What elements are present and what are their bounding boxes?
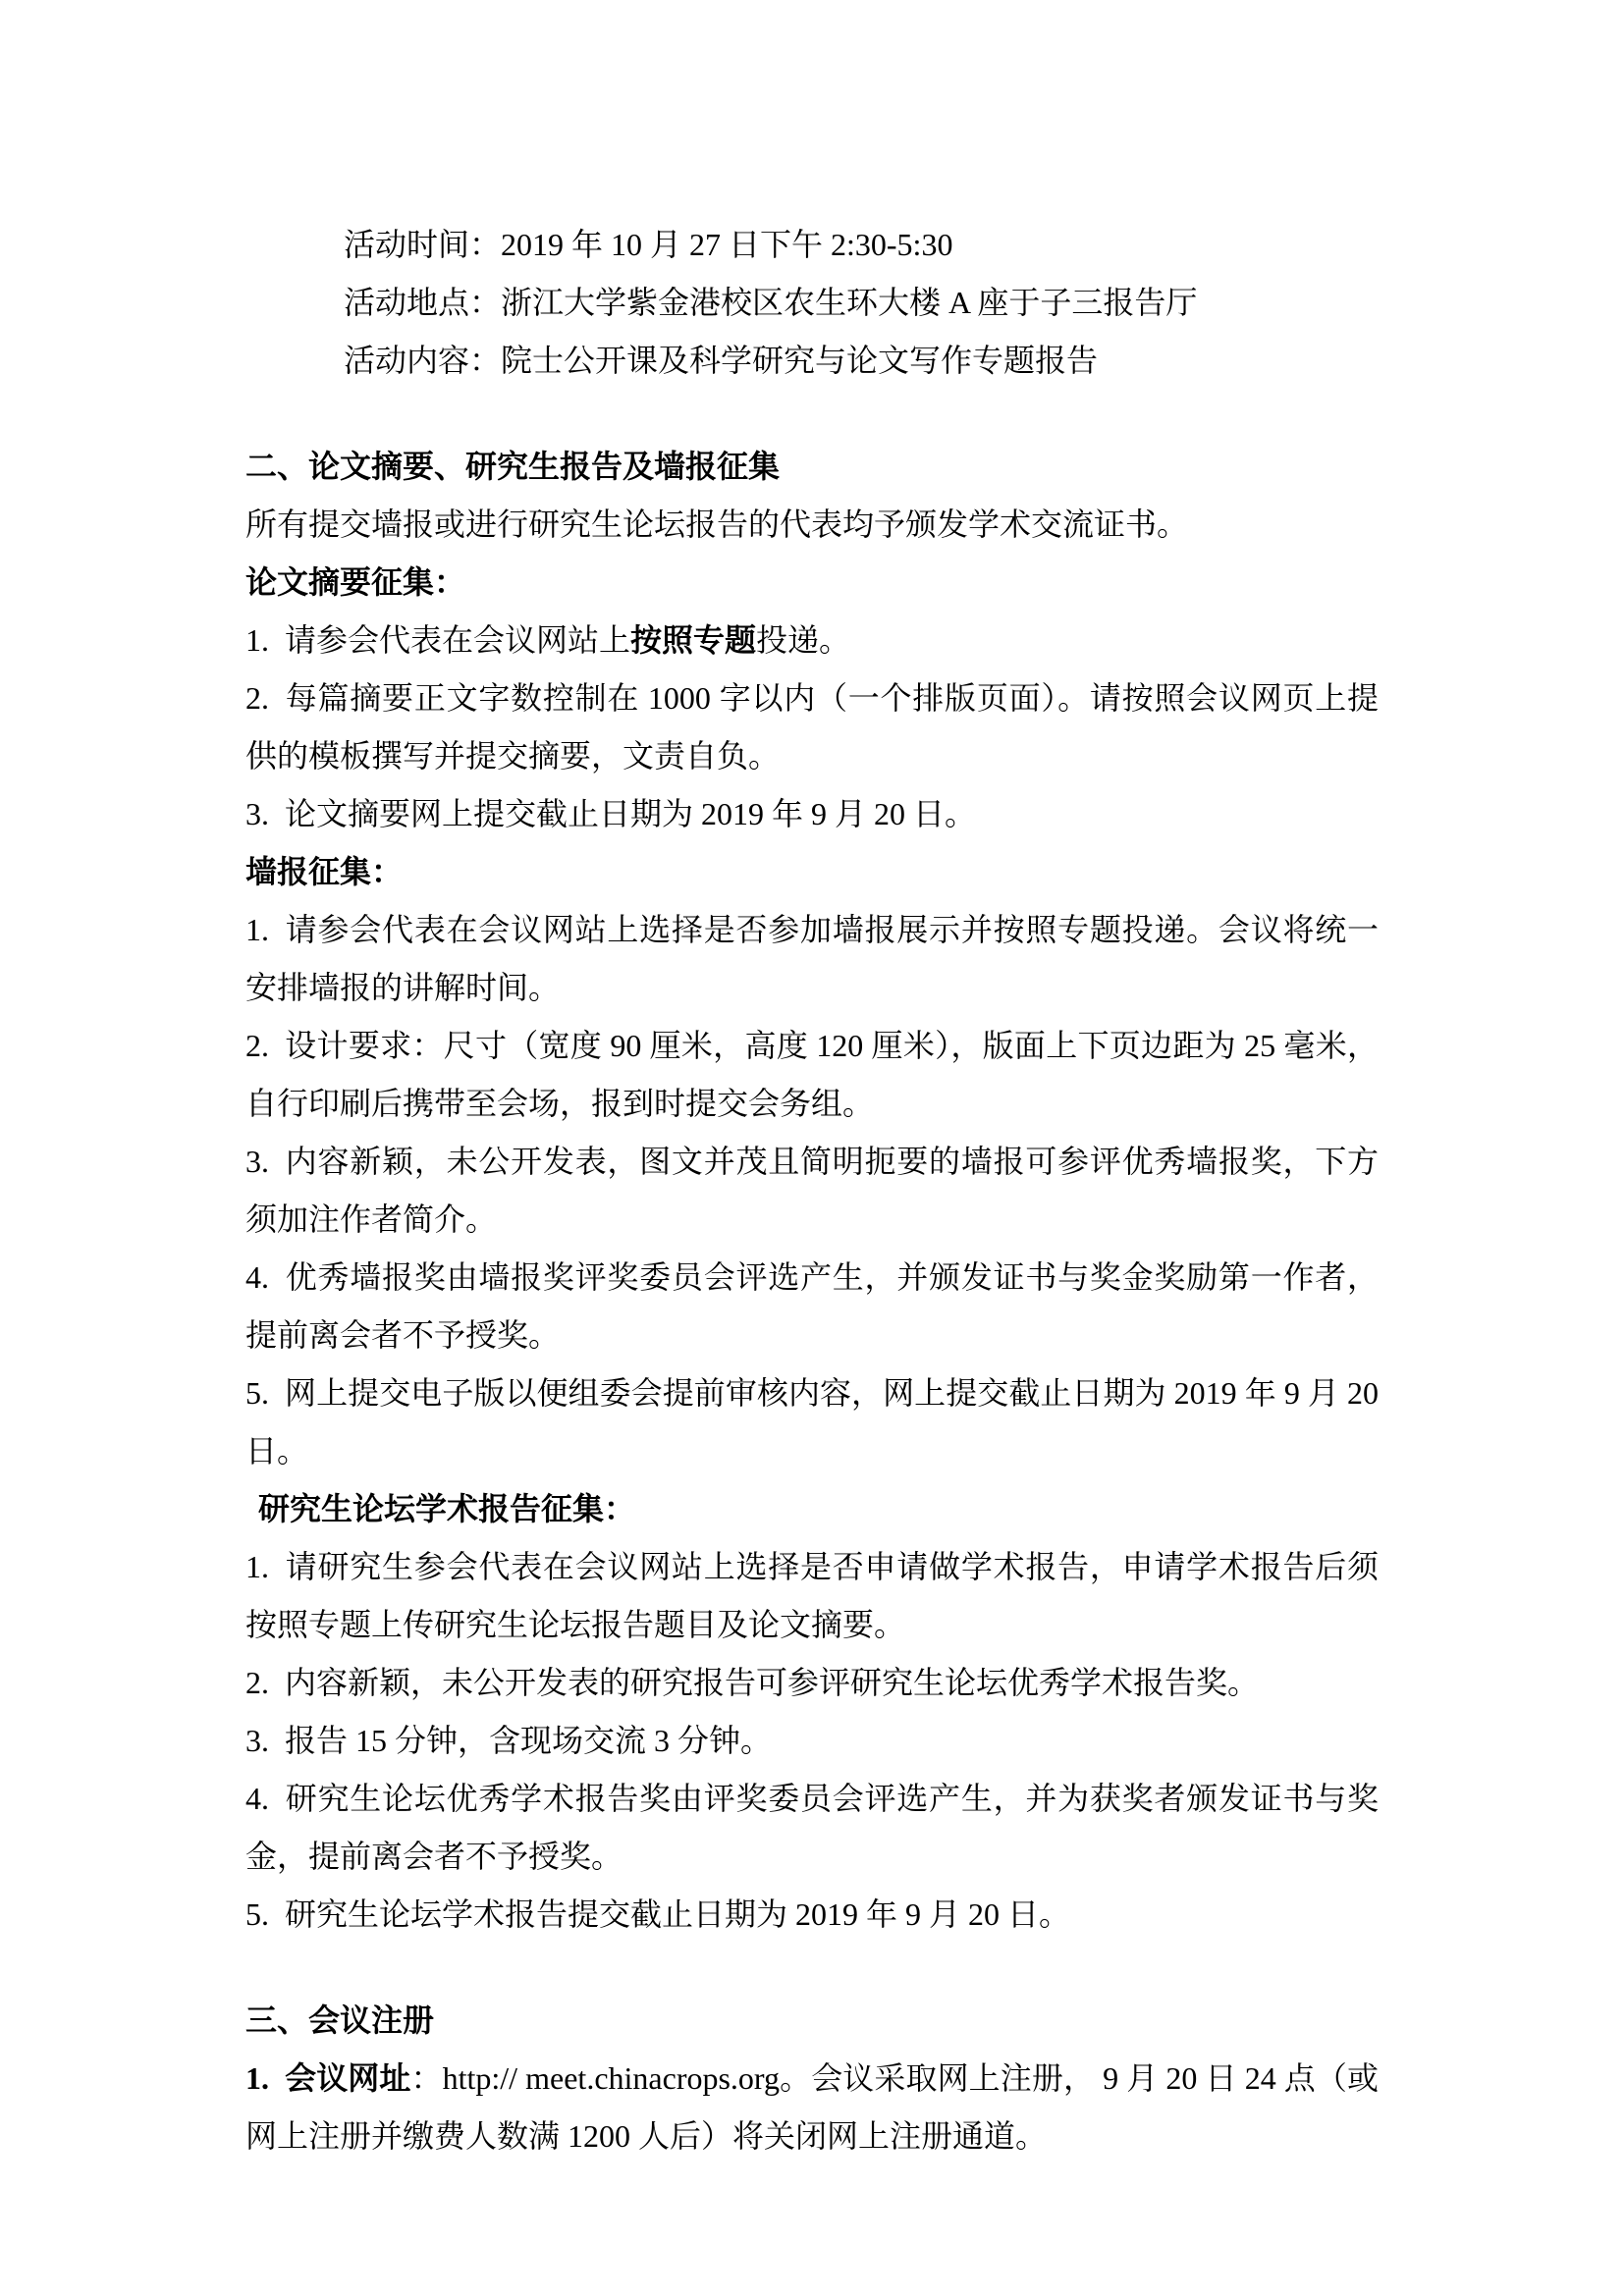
forum-item-5-number: 5. xyxy=(245,1896,269,1932)
poster-item-4-number: 4. xyxy=(245,1259,269,1295)
poster-item-4-text: 优秀墙报奖由墙报奖评奖委员会评选产生，并颁发证书与奖金奖励第一作者，提前离会者不… xyxy=(245,1259,1379,1353)
poster-item-2-text: 设计要求：尺寸（宽度 90 厘米，高度 120 厘米），版面上下页边距为 25 … xyxy=(245,1028,1379,1121)
section2-heading: 二、论文摘要、研究生报告及墙报征集 xyxy=(245,438,1379,496)
poster-item-5: 5.网上提交电子版以便组委会提前审核内容，网上提交截止日期为 2019 年 9 … xyxy=(245,1364,1379,1480)
event-place-line: 活动地点：浙江大学紫金港校区农生环大楼 A 座于子三报告厅 xyxy=(344,274,1379,332)
forum-item-4: 4.研究生论坛优秀学术报告奖由评奖委员会评选产生，并为获奖者颁发证书与奖金，提前… xyxy=(245,1770,1379,1886)
abstract-item-2: 2.每篇摘要正文字数控制在 1000 字以内（一个排版页面）。请按照会议网页上提… xyxy=(245,669,1379,785)
forum-item-1: 1.请研究生参会代表在会议网站上选择是否申请做学术报告，申请学术报告后须按照专题… xyxy=(245,1538,1379,1654)
forum-item-1-text: 请研究生参会代表在会议网站上选择是否申请做学术报告，申请学术报告后须按照专题上传… xyxy=(245,1549,1379,1642)
registration-item-1-text: ：http:// meet.chinacrops.org。会议采取网上注册， 9… xyxy=(245,2060,1379,2154)
registration-item-1: 1.会议网址：http:// meet.chinacrops.org。会议采取网… xyxy=(245,2050,1379,2165)
section2-lead: 所有提交墙报或进行研究生论坛报告的代表均予颁发学术交流证书。 xyxy=(245,496,1379,554)
forum-item-3-number: 3. xyxy=(245,1723,269,1758)
poster-item-5-text: 网上提交电子版以便组委会提前审核内容，网上提交截止日期为 2019 年 9 月 … xyxy=(245,1375,1379,1468)
event-content-line: 活动内容：院士公开课及科学研究与论文写作专题报告 xyxy=(344,332,1379,390)
abstract-item-1-text-post: 投递。 xyxy=(756,622,850,658)
poster-item-3-text: 内容新颖，未公开发表，图文并茂且简明扼要的墙报可参评优秀墙报奖，下方须加注作者简… xyxy=(245,1144,1379,1237)
registration-item-1-number: 1. xyxy=(245,2060,269,2096)
forum-item-5-text: 研究生论坛学术报告提交截止日期为 2019 年 9 月 20 日。 xyxy=(285,1896,1070,1932)
forum-item-4-text: 研究生论坛优秀学术报告奖由评奖委员会评选产生，并为获奖者颁发证书与奖金，提前离会… xyxy=(245,1781,1379,1874)
poster-item-2: 2.设计要求：尺寸（宽度 90 厘米，高度 120 厘米），版面上下页边距为 2… xyxy=(245,1017,1379,1133)
abstract-item-1: 1.请参会代表在会议网站上按照专题投递。 xyxy=(245,612,1379,669)
forum-item-4-number: 4. xyxy=(245,1781,269,1816)
forum-item-2: 2.内容新颖，未公开发表的研究报告可参评研究生论坛优秀学术报告奖。 xyxy=(245,1654,1379,1712)
forum-item-3-text: 报告 15 分钟，含现场交流 3 分钟。 xyxy=(285,1723,772,1758)
poster-subheading: 墙报征集： xyxy=(245,843,1379,901)
abstract-subheading: 论文摘要征集： xyxy=(245,554,1379,612)
abstract-item-1-number: 1. xyxy=(245,622,269,658)
abstract-item-1-text-bold: 按照专题 xyxy=(630,622,756,658)
section3-heading: 三、会议注册 xyxy=(245,1992,1379,2050)
forum-item-3: 3.报告 15 分钟，含现场交流 3 分钟。 xyxy=(245,1712,1379,1770)
poster-item-1-number: 1. xyxy=(245,912,269,947)
event-time-line: 活动时间：2019 年 10 月 27 日下午 2:30-5:30 xyxy=(344,216,1379,274)
poster-item-1: 1.请参会代表在会议网站上选择是否参加墙报展示并按照专题投递。会议将统一安排墙报… xyxy=(245,901,1379,1017)
poster-item-3-number: 3. xyxy=(245,1144,269,1179)
abstract-item-2-text: 每篇摘要正文字数控制在 1000 字以内（一个排版页面）。请按照会议网页上提供的… xyxy=(245,680,1379,774)
abstract-item-1-text-pre: 请参会代表在会议网站上 xyxy=(285,622,630,658)
abstract-item-3-text: 论文摘要网上提交截止日期为 2019 年 9 月 20 日。 xyxy=(285,796,976,831)
poster-item-1-text: 请参会代表在会议网站上选择是否参加墙报展示并按照专题投递。会议将统一安排墙报的讲… xyxy=(245,912,1379,1005)
forum-item-5: 5.研究生论坛学术报告提交截止日期为 2019 年 9 月 20 日。 xyxy=(245,1886,1379,1944)
forum-item-2-number: 2. xyxy=(245,1665,269,1700)
forum-subheading: 研究生论坛学术报告征集： xyxy=(258,1480,1379,1538)
poster-item-4: 4.优秀墙报奖由墙报奖评奖委员会评选产生，并颁发证书与奖金奖励第一作者，提前离会… xyxy=(245,1249,1379,1364)
forum-item-1-number: 1. xyxy=(245,1549,269,1584)
abstract-item-3-number: 3. xyxy=(245,796,269,831)
abstract-item-3: 3.论文摘要网上提交截止日期为 2019 年 9 月 20 日。 xyxy=(245,785,1379,843)
document-page: 活动时间：2019 年 10 月 27 日下午 2:30-5:30 活动地点：浙… xyxy=(0,0,1624,2296)
poster-item-2-number: 2. xyxy=(245,1028,269,1063)
registration-item-1-label: 会议网址 xyxy=(285,2060,410,2096)
forum-item-2-text: 内容新颖，未公开发表的研究报告可参评研究生论坛优秀学术报告奖。 xyxy=(285,1665,1259,1700)
abstract-item-2-number: 2. xyxy=(245,680,269,716)
poster-item-3: 3.内容新颖，未公开发表，图文并茂且简明扼要的墙报可参评优秀墙报奖，下方须加注作… xyxy=(245,1133,1379,1249)
poster-item-5-number: 5. xyxy=(245,1375,269,1411)
